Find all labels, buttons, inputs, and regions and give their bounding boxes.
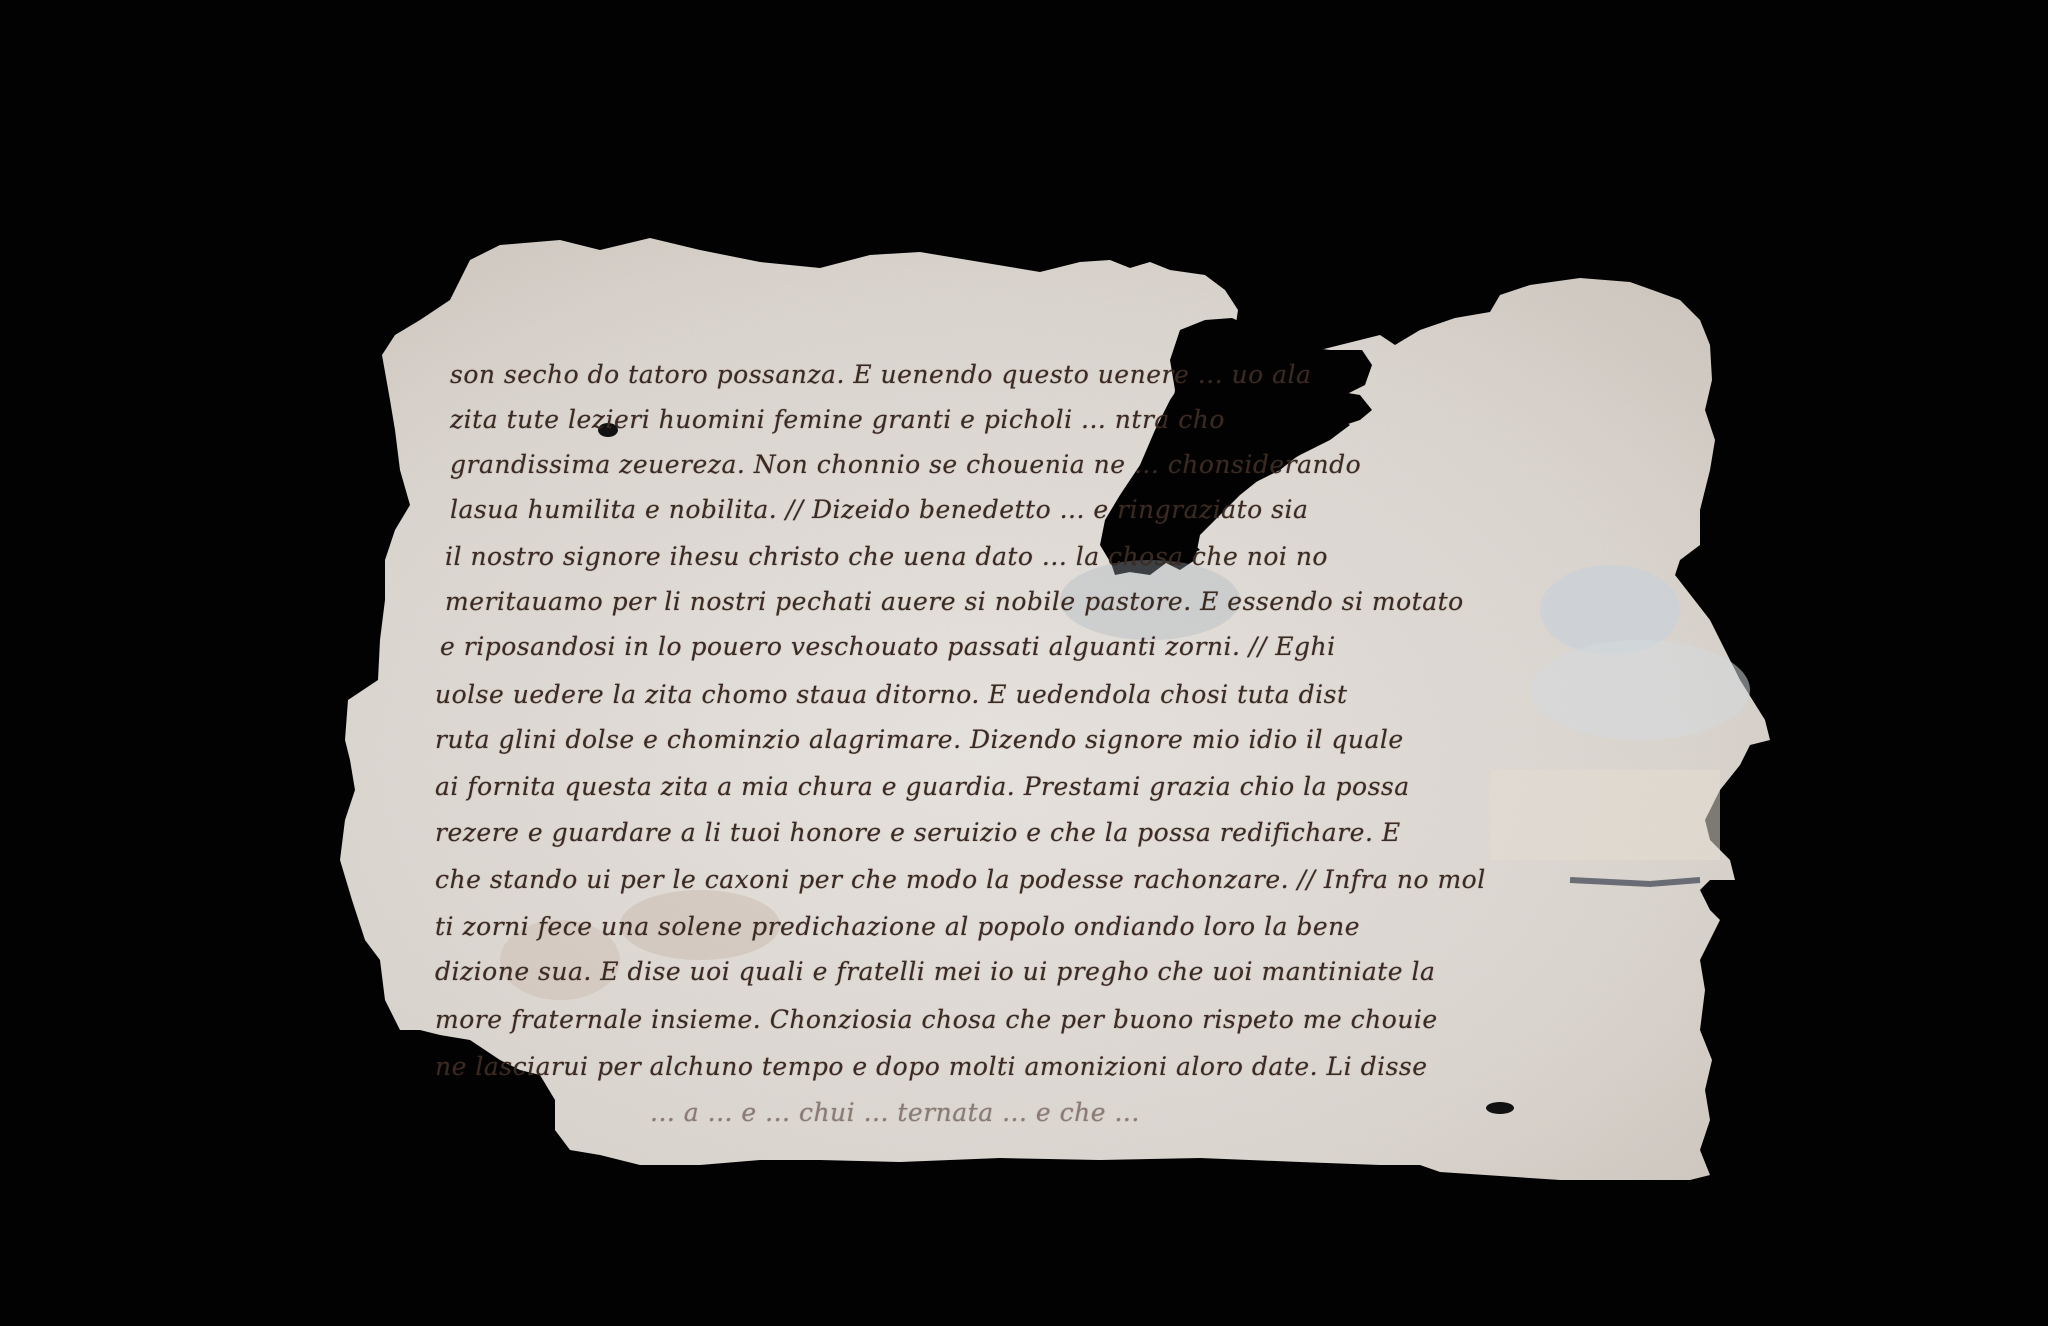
text-line: lasua humilita e nobilita. // Dizeido be…	[450, 490, 1308, 530]
text-line: rezere e guardare a li tuoi honore e ser…	[435, 813, 1401, 853]
tape-strip	[1490, 770, 1720, 860]
text-line: e riposandosi in lo pouero veschouato pa…	[440, 627, 1336, 667]
text-line: uolse uedere la zita chomo staua ditorno…	[435, 675, 1348, 715]
worm-hole-right	[1486, 1102, 1514, 1114]
text-line: che stando ui per le caxoni per che modo…	[435, 860, 1486, 900]
text-line: zita tute lezieri huomini femine granti …	[450, 400, 1225, 440]
text-line: meritauamo per li nostri pechati auere s…	[445, 582, 1464, 622]
text-line: son secho do tatoro possanza. E uenendo …	[450, 355, 1311, 395]
black-backdrop: son secho do tatoro possanza. E uenendo …	[0, 0, 2048, 1326]
text-line: ne lasciarui per alchuno tempo e dopo mo…	[435, 1047, 1428, 1087]
text-line: il nostro signore ihesu christo che uena…	[445, 537, 1328, 577]
dark-fold-line	[1570, 880, 1700, 884]
text-line: ti zorni fece una solene predichazione a…	[435, 907, 1360, 947]
text-line-faint: ... a ... e ... chui ... ternata ... e c…	[650, 1093, 1140, 1133]
text-line: ruta glini dolse e chominzio alagrimare.…	[435, 720, 1404, 760]
text-line: dizione sua. E dise uoi quali e fratelli…	[435, 952, 1435, 992]
text-line: more fraternale insieme. Chonziosia chos…	[435, 1000, 1438, 1040]
text-line: grandissima zeuereza. Non chonnio se cho…	[450, 445, 1361, 485]
stain	[1530, 640, 1750, 740]
text-line: ai fornita questa zita a mia chura e gua…	[435, 767, 1410, 807]
